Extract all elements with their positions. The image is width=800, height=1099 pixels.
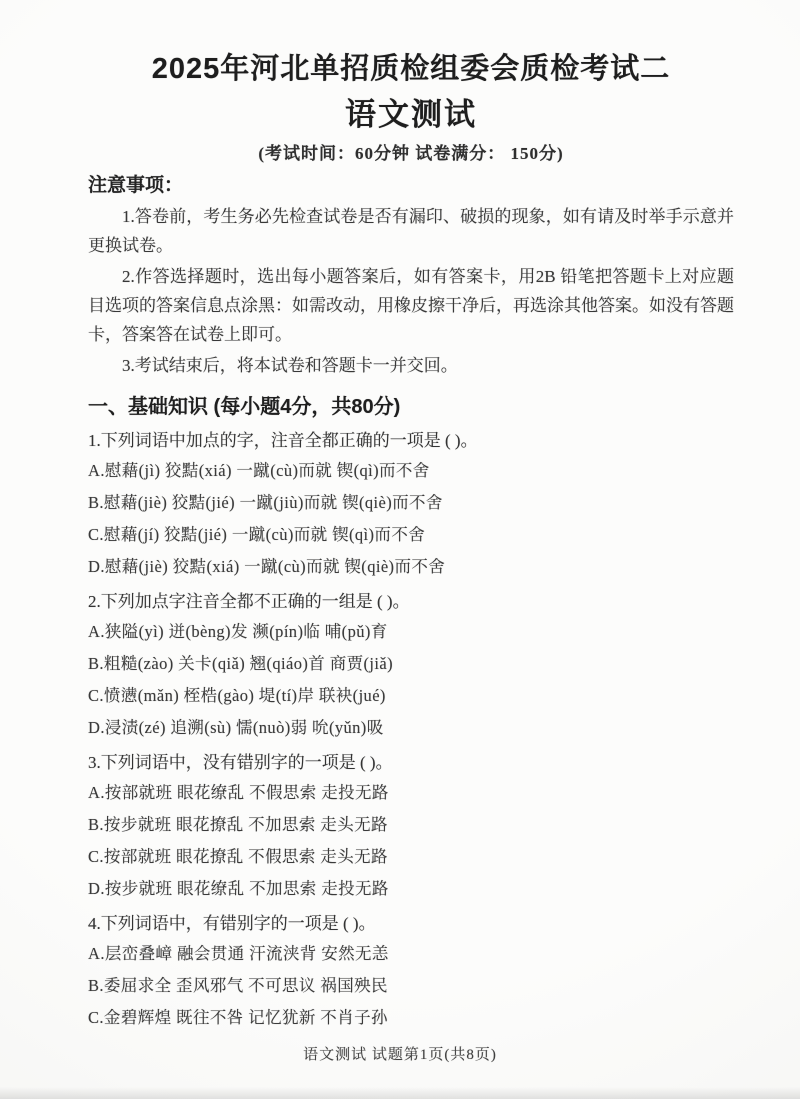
question-4: 4.下列词语中，有错别字的一项是 ( )。 A.层峦叠嶂 融会贯通 汗流浃背 安… (88, 910, 734, 1034)
question-2-stem: 2.下列加点字注音全都不正确的一组是 ( )。 (88, 588, 734, 616)
notice-item-3: 3.考试结束后，将本试卷和答题卡一并交回。 (88, 351, 734, 380)
notice-heading: 注意事项： (88, 172, 734, 200)
notice-item-1: 1.答卷前，考生务必先检查试卷是否有漏印、破损的现象，如有请及时举手示意并更换试… (88, 202, 734, 260)
exam-title: 2025年河北单招质检组委会质检考试二 (88, 50, 734, 88)
exam-paper-page: 2025年河北单招质检组委会质检考试二 语文测试 (考试时间：60分钟 试卷满分… (0, 0, 800, 1099)
question-3: 3.下列词语中，没有错别字的一项是 ( )。 A.按部就班 眼花缭乱 不假思索 … (88, 749, 734, 905)
page-footer: 语文测试 试题第1页(共8页) (0, 1045, 800, 1065)
exam-subject-title: 语文测试 (88, 94, 734, 136)
question-2-option-b: B.粗糙(zào) 关卡(qiǎ) 翘(qiáo)首 商贾(jiǎ) (88, 648, 734, 680)
question-2-option-d: D.浸渍(zé) 追溯(sù) 懦(nuò)弱 吮(yǔn)吸 (88, 712, 734, 744)
question-3-option-c: C.按部就班 眼花撩乱 不假思索 走头无路 (88, 841, 734, 873)
question-1-stem: 1.下列词语中加点的字，注音全都正确的一项是 ( )。 (88, 427, 734, 455)
question-1-option-a: A.慰藉(jì) 狡黠(xiá) 一蹴(cù)而就 锲(qì)而不舍 (88, 455, 734, 487)
question-1-option-c: C.慰藉(jí) 狡黠(jié) 一蹴(cù)而就 锲(qì)而不舍 (88, 519, 734, 551)
section-heading-basics: 一、基础知识 (每小题4分，共80分) (88, 392, 734, 422)
question-3-option-a: A.按部就班 眼花缭乱 不假思索 走投无路 (88, 777, 734, 809)
question-2-option-a: A.狭隘(yì) 迸(bèng)发 濒(pín)临 哺(pǔ)育 (88, 616, 734, 648)
question-4-option-b: B.委屈求全 歪风邪气 不可思议 祸国殃民 (88, 970, 734, 1002)
question-4-option-c: C.金碧辉煌 既往不咎 记忆犹新 不肖子孙 (88, 1002, 734, 1034)
question-1: 1.下列词语中加点的字，注音全都正确的一项是 ( )。 A.慰藉(jì) 狡黠(… (88, 427, 734, 583)
question-2-option-c: C.愤懑(mǎn) 桎梏(gào) 堤(tí)岸 联袂(jué) (88, 680, 734, 712)
question-4-option-a: A.层峦叠嶂 融会贯通 汗流浃背 安然无恙 (88, 938, 734, 970)
question-4-stem: 4.下列词语中，有错别字的一项是 ( )。 (88, 910, 734, 938)
question-1-option-b: B.慰藉(jiè) 狡黠(jié) 一蹴(jiù)而就 锲(qiè)而不舍 (88, 487, 734, 519)
question-3-stem: 3.下列词语中，没有错别字的一项是 ( )。 (88, 749, 734, 777)
question-2: 2.下列加点字注音全都不正确的一组是 ( )。 A.狭隘(yì) 迸(bèng)… (88, 588, 734, 744)
question-1-option-d: D.慰藉(jiè) 狡黠(xiá) 一蹴(cù)而就 锲(qiè)而不舍 (88, 551, 734, 583)
notice-item-2: 2.作答选择题时，选出每小题答案后，如有答案卡，用2B 铅笔把答题卡上对应题目选… (88, 262, 734, 349)
question-3-option-d: D.按步就班 眼花缭乱 不加思索 走投无路 (88, 873, 734, 905)
exam-info-line: (考试时间：60分钟 试卷满分： 150分) (88, 142, 734, 166)
question-3-option-b: B.按步就班 眼花撩乱 不加思索 走头无路 (88, 809, 734, 841)
